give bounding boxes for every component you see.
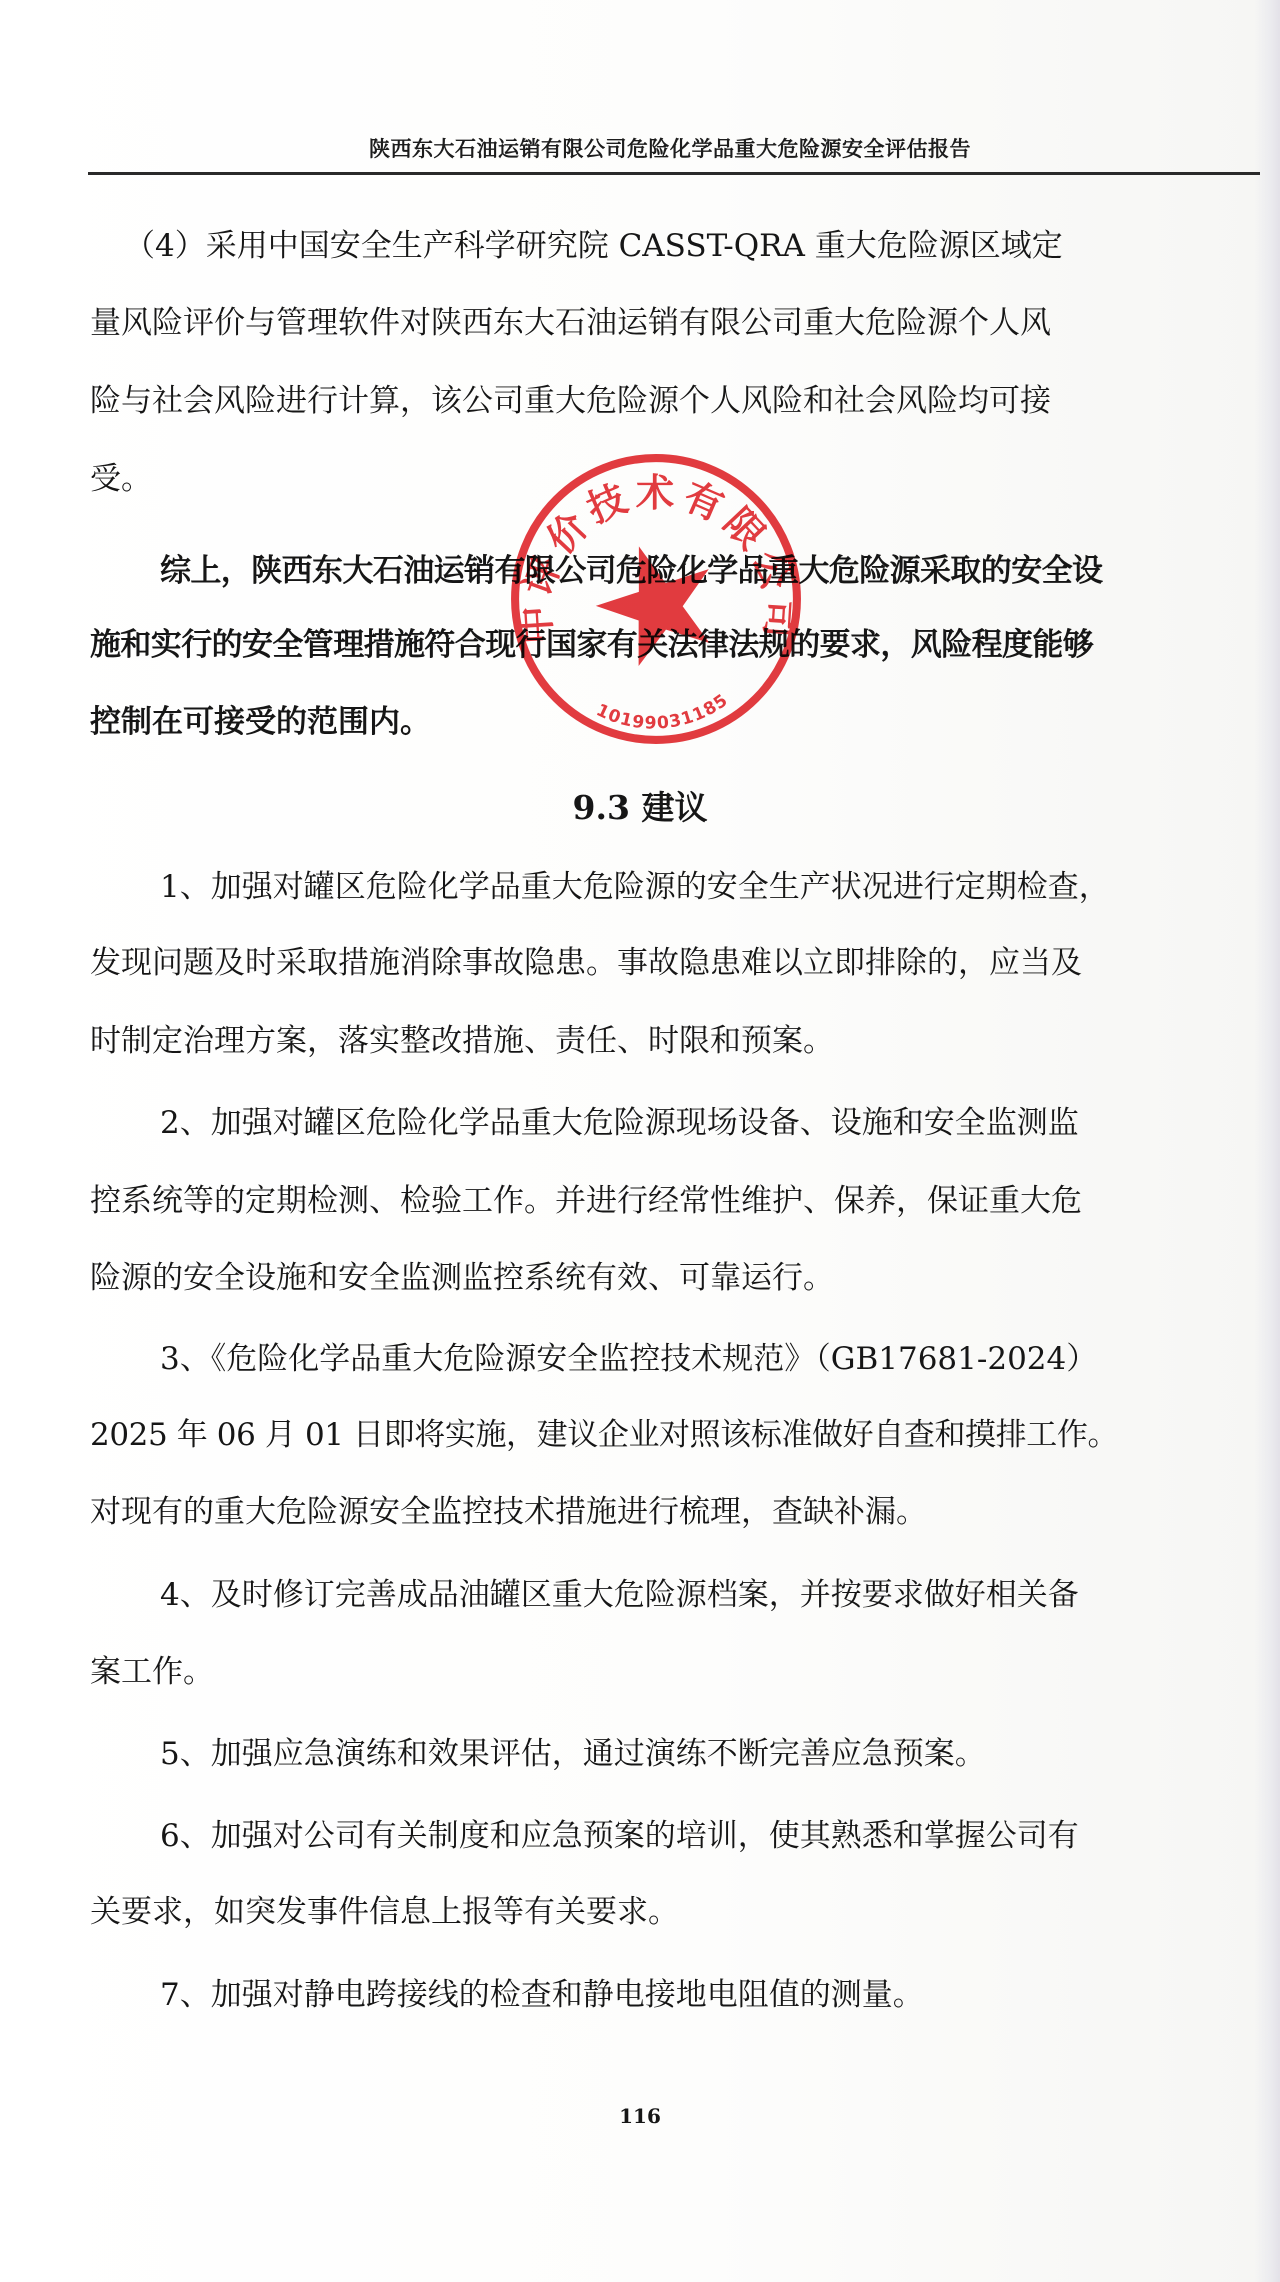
paragraph-line: 施和实行的安全管理措施符合现行国家有关法律法规的要求，风险程度能够 [90, 625, 1093, 665]
paragraph-line: 3、《危险化学品重大危险源安全监控技术规范》（GB17681-2024） [160, 1339, 1097, 1379]
paragraph-line: 险源的安全设施和安全监测监控系统有效、可靠运行。 [90, 1258, 834, 1298]
paragraph-line: 时制定治理方案，落实整改措施、责任、时限和预案。 [90, 1021, 834, 1061]
paragraph-line: 6、加强对公司有关制度和应急预案的培训，使其熟悉和掌握公司有 [160, 1816, 1079, 1856]
paragraph-line: 控制在可接受的范围内。 [90, 702, 431, 742]
page-number: 116 [0, 2104, 1280, 2128]
paragraph-line: 受。 [90, 459, 152, 499]
section-heading: 9.3 建议 [0, 782, 1280, 829]
document-page: 陕西东大石油运销有限公司危险化学品重大危险源安全评估报告 （4）采用中国安全生产… [0, 0, 1280, 2282]
paragraph-line: 发现问题及时采取措施消除事故隐患。事故隐患难以立即排除的，应当及 [90, 943, 1082, 983]
header-divider [88, 172, 1260, 175]
paragraph-line: 险与社会风险进行计算，该公司重大危险源个人风险和社会风险均可接 [90, 381, 1051, 421]
paragraph-line: 5、加强应急演练和效果评估，通过演练不断完善应急预案。 [160, 1734, 986, 1774]
official-seal: 中评价技术有限公司 6101990311852 [505, 448, 807, 750]
paragraph-line: 2025 年 06 月 01 日即将实施，建议企业对照该标准做好自查和摸排工作。 [90, 1415, 1118, 1455]
running-header: 陕西东大石油运销有限公司危险化学品重大危险源安全评估报告 [0, 133, 1280, 163]
paragraph-line: 控系统等的定期检测、检验工作。并进行经常性维护、保养，保证重大危 [90, 1181, 1082, 1221]
paragraph-line: 量风险评价与管理软件对陕西东大石油运销有限公司重大危险源个人风 [90, 303, 1051, 343]
page-edge-shadow [1254, 0, 1280, 2282]
paragraph-line: 4、及时修订完善成品油罐区重大危险源档案，并按要求做好相关备 [160, 1575, 1079, 1615]
paragraph-line: 关要求，如突发事件信息上报等有关要求。 [90, 1892, 679, 1932]
paragraph-line: 1、加强对罐区危险化学品重大危险源的安全生产状况进行定期检查， [160, 867, 1110, 907]
paragraph-line: （4）采用中国安全生产科学研究院 CASST-QRA 重大危险源区域定 [124, 226, 1063, 266]
paragraph-line: 对现有的重大危险源安全监控技术措施进行梳理，查缺补漏。 [90, 1492, 927, 1532]
paragraph-line: 7、加强对静电跨接线的检查和静电接地电阻值的测量。 [160, 1975, 924, 2015]
paragraph-line: 综上，陕西东大石油运销有限公司危险化学品重大危险源采取的安全设 [160, 551, 1102, 591]
paragraph-line: 案工作。 [90, 1652, 214, 1692]
paragraph-line: 2、加强对罐区危险化学品重大危险源现场设备、设施和安全监测监 [160, 1103, 1079, 1143]
